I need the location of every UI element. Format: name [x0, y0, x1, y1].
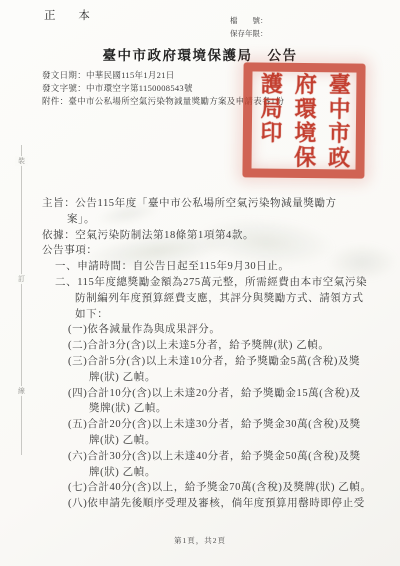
body-line-subject-wrap: 案」。 — [67, 212, 382, 228]
body-line-subitem-3-wrap: 牌(狀) 乙幀。 — [89, 370, 382, 386]
scanned-document-page: 裝 訂 線 正 本 檔 號： 保存年限： 臺中市政府環境保護局 公告 發文日期：… — [0, 0, 400, 566]
body-line-subitem-4-wrap: 獎牌(狀) 乙幀。 — [89, 401, 382, 417]
page-number: 第1頁，共2頁 — [0, 535, 400, 546]
body-line-item-2: 二、115年度總獎勵金額為275萬元整，所需經費由本市空氣污染 — [55, 275, 382, 291]
binding-mark-xian: 線 — [15, 386, 28, 396]
binding-mark-ding: 訂 — [15, 274, 28, 284]
body-line-subitem-5: (五)合計20分(含)以上未達30分者，給予獎金30萬(含稅)及獎 — [68, 417, 382, 433]
document-title: 臺中市政府環境保護局 公告 — [0, 44, 400, 64]
body-line-subitem-6-wrap: 牌(狀) 乙幀。 — [89, 465, 382, 481]
body-line-item-2-wrap: 如下： — [75, 307, 382, 323]
body-line-subject: 主旨：公告115年度「臺中市公私場所空氣污染物減量獎勵方 — [42, 196, 382, 212]
document-body: 主旨：公告115年度「臺中市公私場所空氣污染物減量獎勵方 案」。 依據：空氣污染… — [42, 196, 382, 512]
retention-period-label: 保存年限： — [230, 28, 268, 41]
body-line-legal-basis: 依據：空氣污染防制法第18條第1項第4款。 — [42, 228, 382, 244]
body-line-announcement-items: 公告事項： — [42, 243, 382, 259]
body-line-item-1: 一、申請時間：自公告日起至115年9月30日止。 — [55, 259, 382, 275]
body-line-subitem-8: (八)依申請先後順序受理及審核，倘年度預算用罄時即停止受 — [68, 496, 382, 512]
binding-line — [21, 145, 22, 455]
official-seal-stamp: 臺中市政 府環境保 護局印 — [242, 62, 365, 178]
body-line-subitem-3: (三)合計5分(含)以上未達10分者，給予獎勵金5萬(含稅)及獎 — [68, 354, 382, 370]
body-line-subitem-7: (七)合計40分(含)以上，給予獎金70萬(含稅)及獎牌(狀) 乙幀。 — [68, 480, 382, 496]
official-seal-text: 臺中市政 府環境保 護局印 — [252, 71, 355, 170]
copy-type-label: 正 本 — [44, 7, 100, 23]
file-number-label: 檔 號： — [230, 15, 268, 28]
body-line-subitem-5-wrap: 牌(狀) 乙幀。 — [89, 433, 382, 449]
body-line-subitem-6: (六)合計30分(含)以上未達40分者，給予獎金50萬(含稅)及獎 — [68, 449, 382, 465]
body-line-item-2-wrap: 防制編列年度預算經費支應，其評分與獎勵方式、請領方式 — [75, 291, 382, 307]
body-line-subitem-2: (二)合計3分(含)以上未達5分者，給予獎牌(狀) 乙幀。 — [68, 338, 382, 354]
binding-mark-zhuang: 裝 — [15, 156, 28, 166]
body-line-subitem-1: (一)依各減量作為與成果評分。 — [68, 322, 382, 338]
body-line-subitem-4: (四)合計10分(含)以上未達20分者，給予獎勵金15萬(含稅)及 — [68, 386, 382, 402]
file-number-block: 檔 號： 保存年限： — [230, 15, 268, 40]
